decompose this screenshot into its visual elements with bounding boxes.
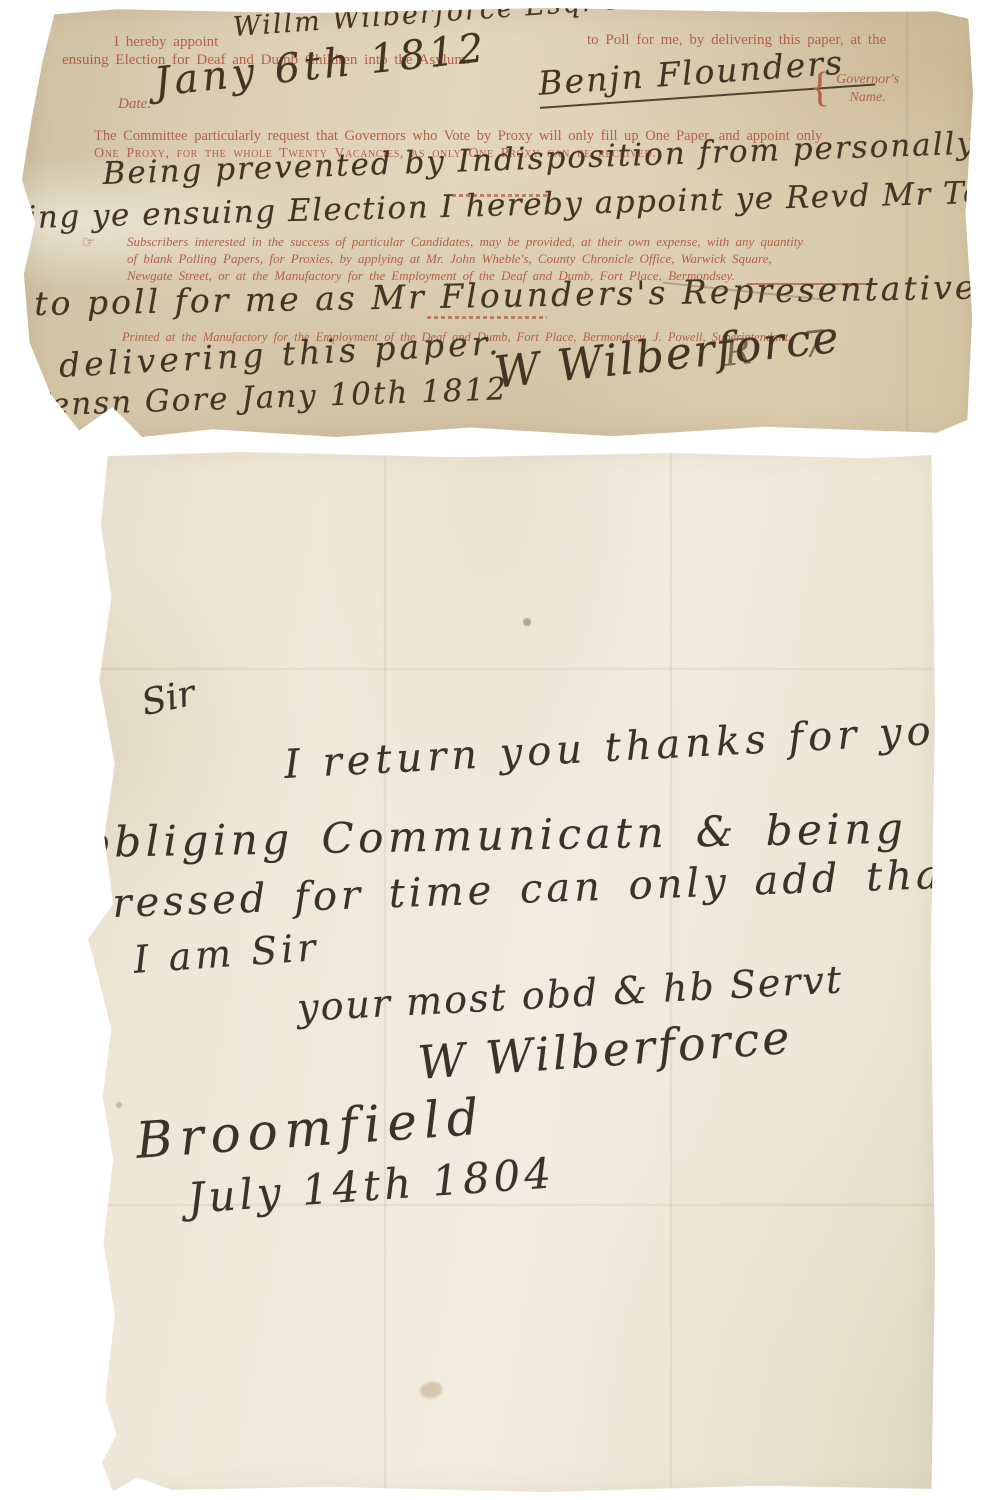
governor-label-line2: Name. (836, 89, 899, 107)
stain-spot (76, 547, 92, 581)
wilberforce-signature-letter: W Wilberforce (416, 1010, 794, 1090)
fold-crease (906, 8, 908, 437)
governor-name-label: { Governor's Name. (810, 70, 899, 108)
letter-i-am-sir: I am Sir (132, 925, 321, 982)
wilberforce-signature-top: W Wilberforce (492, 312, 843, 399)
subscribers-line1: Subscribers interested in the success of… (127, 234, 803, 250)
stain-spot (420, 1382, 442, 1398)
fold-crease (68, 668, 935, 670)
letter-body-line1: I return you thanks for your (283, 705, 992, 788)
red-squiggle-flounders (427, 316, 547, 319)
letter-salutation: Sir (138, 673, 199, 724)
subscribers-line2: of blank Polling Papers, for Proxies, by… (127, 251, 772, 267)
printed-date-label: Date: (118, 96, 152, 113)
polling-paper-document: I hereby appoint Willm Wilberforce Esqr … (22, 8, 975, 437)
stain-spot (116, 1102, 122, 1108)
stain-spot (523, 618, 531, 626)
fold-crease (384, 452, 386, 1492)
governor-label-line1: Governor's (836, 71, 899, 89)
printed-appoint-pre: I hereby appoint (114, 34, 218, 51)
brace-glyph: { (810, 70, 830, 108)
manicule-icon: ☞ (82, 233, 95, 252)
letter-document: Sir I return you thanks for your obligin… (68, 452, 935, 1492)
